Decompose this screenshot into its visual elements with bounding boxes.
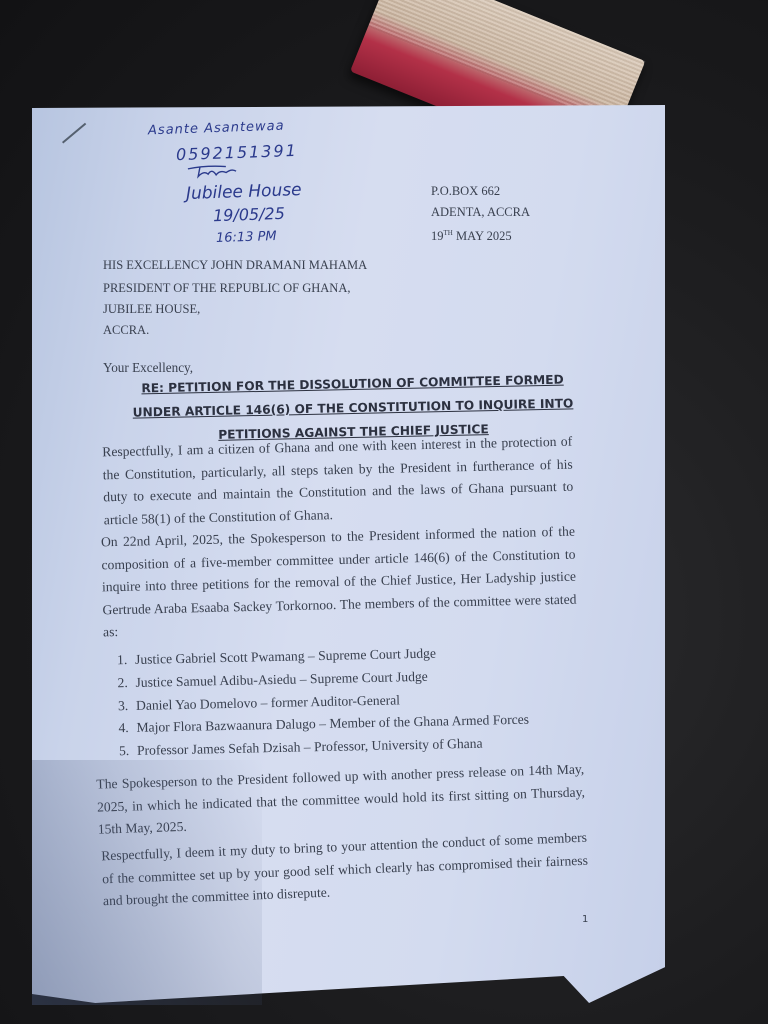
member-text: Major Flora Bazwaanura Dalugo – Member o… <box>136 712 529 735</box>
date-rest: MAY 2025 <box>453 229 512 243</box>
signature-icon <box>186 163 240 179</box>
sender-address-line2: ADENTA, ACCRA <box>431 202 530 223</box>
recipient-line1: HIS EXCELLENCY JOHN DRAMANI MAHAMA <box>103 254 367 277</box>
handwritten-place: Jubilee House <box>186 180 302 204</box>
member-text: Daniel Yao Domelovo – former Auditor-Gen… <box>136 692 400 713</box>
recipient-line3: JUBILEE HOUSE, <box>103 298 200 321</box>
date-suffix: TH <box>444 229 453 237</box>
list-number: 2. <box>117 672 135 695</box>
member-text: Justice Gabriel Scott Pwamang – Supreme … <box>135 646 436 667</box>
handwritten-date: 19/05/25 <box>213 204 285 225</box>
recipient-line4: ACCRA. <box>103 319 149 342</box>
letter-date: 19TH MAY 2025 <box>431 223 512 247</box>
body-paragraph-2: On 22nd April, 2025, the Spokesperson to… <box>101 521 577 645</box>
recipient-line2: PRESIDENT OF THE REPUBLIC OF GHANA, <box>103 277 350 300</box>
salutation: Your Excellency, <box>103 360 193 376</box>
list-number: 3. <box>118 695 136 718</box>
sender-address-line1: P.O.BOX 662 <box>431 181 500 202</box>
body-paragraph-1: Respectfully, I am a citizen of Ghana an… <box>102 431 574 532</box>
page-number: 1 <box>582 914 588 925</box>
list-number: 1. <box>117 649 135 672</box>
date-day: 19 <box>431 229 444 243</box>
committee-members-list: 1.Justice Gabriel Scott Pwamang – Suprem… <box>117 641 530 764</box>
member-text: Justice Samuel Adibu-Asiedu – Supreme Co… <box>135 669 427 690</box>
list-number: 5. <box>119 740 137 763</box>
list-number: 4. <box>118 717 136 740</box>
handwritten-time: 16:13 PM <box>216 229 277 246</box>
member-text: Professor James Sefah Dzisah – Professor… <box>137 736 483 758</box>
